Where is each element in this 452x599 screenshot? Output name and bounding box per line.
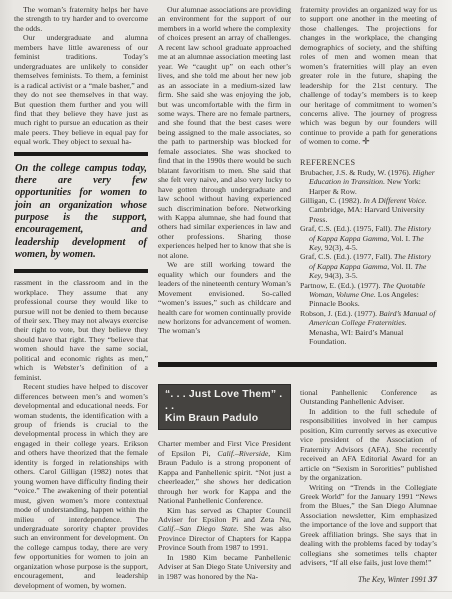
reference-text: Brubacher, J.S. & Rudy, W. (1976). bbox=[300, 168, 413, 177]
reference-text: 94(3), 3-5. bbox=[323, 271, 358, 280]
feature-title-line1: “. . . Just Love Them” . . . bbox=[165, 389, 285, 413]
chapter-designation: Calif.–Riverside, bbox=[217, 449, 270, 458]
paragraph: Writing on “Trends in the Collegiate Gre… bbox=[300, 483, 437, 568]
reference-item: Robson, J. (Ed.). (1977). Baird’s Manual… bbox=[300, 309, 437, 347]
paragraph: tional Panhellenic Conference as Outstan… bbox=[300, 388, 437, 407]
section-divider-rule bbox=[158, 362, 437, 367]
article-end-mark-icon: ✛ bbox=[362, 136, 370, 146]
reference-text: Vol. II. bbox=[389, 262, 415, 271]
paragraph: In addition to the full schedule of resp… bbox=[300, 407, 437, 483]
paragraph: Recent studies have helped to discover d… bbox=[14, 382, 148, 590]
reference-item: Gilligan, C. (1982). In A Different Voic… bbox=[300, 196, 437, 224]
page-number: 37 bbox=[428, 574, 437, 584]
chapter-designation: Calif.–San Diego State. bbox=[158, 524, 238, 533]
feature-title-banner: “. . . Just Love Them” . . . Kim Braun P… bbox=[158, 384, 291, 430]
paragraph: rassment in the classroom and in the wor… bbox=[14, 278, 148, 382]
reference-item: Graf, C.S. (Ed.). (1975, Fall). The Hist… bbox=[300, 224, 437, 252]
reference-text: Cambridge, MA: Harvard University Press. bbox=[309, 205, 425, 223]
paragraph-text: Kim has served as Chapter Council Advise… bbox=[158, 506, 291, 524]
scan-bottom-edge bbox=[0, 591, 452, 599]
paragraph-text: fraternity provides an organized way for… bbox=[300, 5, 437, 146]
page-footer: The Key, Winter 1991 37 bbox=[300, 574, 437, 584]
paragraph: Kim has served as Chapter Council Advise… bbox=[158, 506, 291, 553]
reference-text: 92(3), 4-5. bbox=[323, 243, 358, 252]
reference-text: Vol. I. bbox=[389, 234, 412, 243]
paragraph: fraternity provides an organized way for… bbox=[300, 5, 437, 147]
magazine-page: The woman’s fraternity helps her have th… bbox=[0, 0, 452, 599]
pull-quote: On the college campus today, there are v… bbox=[14, 152, 148, 273]
paragraph: We are still working toward the equality… bbox=[158, 260, 291, 336]
pull-quote-text: On the college campus today, there are v… bbox=[14, 156, 148, 269]
left-column: The woman’s fraternity helps her have th… bbox=[14, 5, 148, 593]
reference-item: Partnow, E. (Ed.). (1977). The Quotable … bbox=[300, 281, 437, 309]
paragraph: Our alumnae associations are providing a… bbox=[158, 5, 291, 260]
feature-section: “. . . Just Love Them” . . . Kim Braun P… bbox=[158, 384, 291, 594]
references-list: Brubacher, J.S. & Rudy, W. (1976). Highe… bbox=[300, 168, 437, 347]
references-heading: REFERENCES bbox=[300, 158, 437, 167]
reference-item: Graf, C.S. (Ed.). (1977, Fall). The Hist… bbox=[300, 252, 437, 280]
paragraph: Charter member and First Vice President … bbox=[158, 439, 291, 505]
paragraph: In 1980 Kim became Panhellenic Adviser a… bbox=[158, 553, 291, 581]
reference-text: Robson, J. (Ed.). (1977). bbox=[300, 309, 379, 318]
middle-column-top: Our alumnae associations are providing a… bbox=[158, 5, 291, 358]
reference-item: Brubacher, J.S. & Rudy, W. (1976). Highe… bbox=[300, 168, 437, 196]
journal-title: The Key, Winter 1991 bbox=[358, 575, 426, 584]
pull-quote-bottom-rule bbox=[14, 269, 148, 273]
reference-text: Graf, C.S. (Ed.). (1977, Fall). bbox=[300, 252, 394, 261]
reference-title: In A Different Voice. bbox=[363, 196, 427, 205]
right-column-top: fraternity provides an organized way for… bbox=[300, 5, 437, 358]
right-column-bottom: tional Panhellenic Conference as Outstan… bbox=[300, 388, 437, 570]
reference-text: Gilligan, C. (1982). bbox=[300, 196, 363, 205]
feature-title-line2: Kim Braun Padulo bbox=[165, 413, 285, 425]
reference-text: Graf, C.S. (Ed.). (1975, Fall). bbox=[300, 224, 394, 233]
reference-text: Menasha, WI: Baird’s Manual Foundation. bbox=[309, 328, 403, 346]
paragraph: Our undergraduate and alumna members hav… bbox=[14, 33, 148, 146]
reference-text: Partnow, E. (Ed.). (1977). bbox=[300, 281, 382, 290]
paragraph: The woman’s fraternity helps her have th… bbox=[14, 5, 148, 33]
